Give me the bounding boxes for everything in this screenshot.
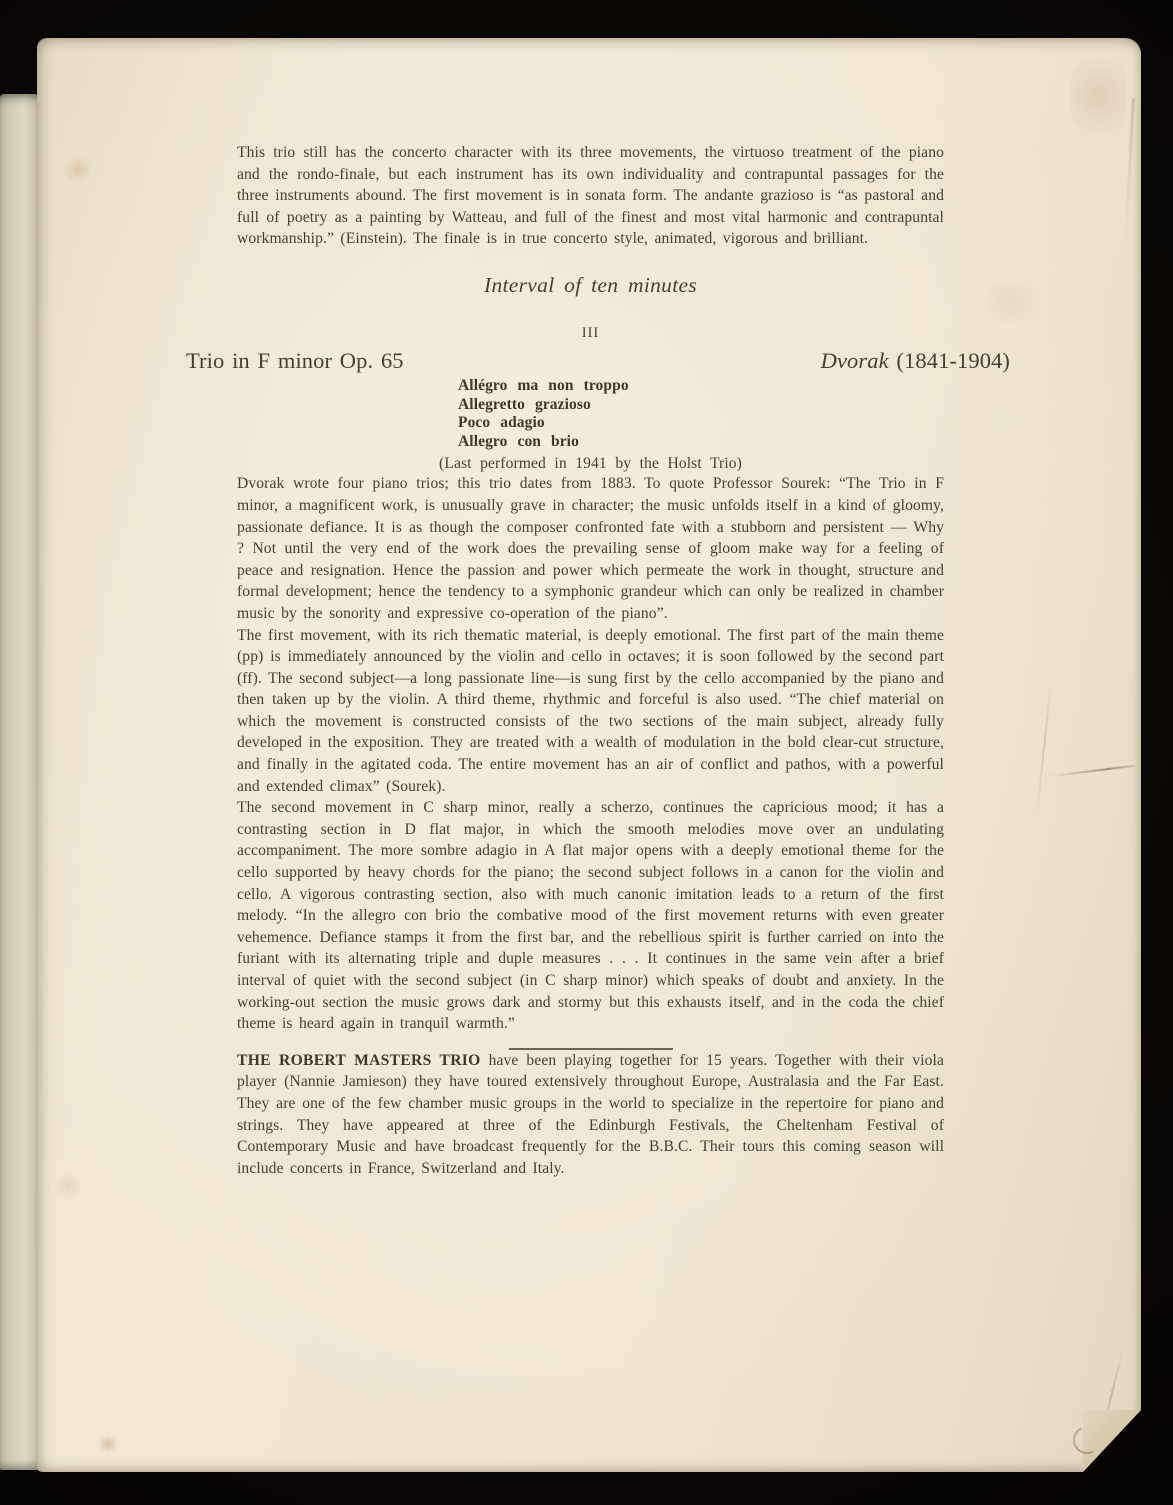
work-title: Trio in F minor Op. 65: [186, 348, 404, 374]
ensemble-paragraph: THE ROBERT MASTERS TRIO have been playin…: [237, 1050, 944, 1180]
movement-item: Poco adagio: [458, 414, 944, 433]
paper-crease: [1036, 678, 1053, 817]
photograph-background: This trio still has the concerto charact…: [0, 0, 1173, 1505]
ensemble-name: THE ROBERT MASTERS TRIO: [237, 1052, 481, 1069]
ensemble-description: have been playing together for 15 years.…: [237, 1052, 944, 1177]
composer-credit: Dvorak (1841-1904): [821, 348, 1010, 374]
printed-text-block: This trio still has the concerto charact…: [237, 142, 944, 1179]
movement-item: Allegretto grazioso: [458, 396, 944, 415]
foxing-stain: [51, 1174, 85, 1198]
paper-crease: [1049, 765, 1135, 777]
underlying-page-edge: [0, 94, 40, 1470]
intro-paragraph: This trio still has the concerto charact…: [237, 142, 944, 250]
programme-note-paragraph: Dvorak wrote four piano trios; this trio…: [237, 473, 944, 624]
composer-name: Dvorak: [821, 348, 889, 373]
corner-stain: [1071, 40, 1127, 150]
movement-list: Allégro ma non troppo Allegretto grazios…: [458, 377, 944, 451]
programme-note-paragraph: The first movement, with its rich themat…: [237, 625, 944, 798]
programme-note-paragraph: The second movement in C sharp minor, re…: [237, 797, 944, 1035]
movement-item: Allegro con brio: [458, 433, 944, 452]
foxing-stain: [97, 1436, 119, 1452]
composer-dates: (1841-1904): [896, 348, 1010, 373]
foxing-stain: [63, 156, 93, 184]
last-performed-note: (Last performed in 1941 by the Holst Tri…: [237, 454, 944, 473]
programme-page: This trio still has the concerto charact…: [37, 38, 1141, 1472]
foxing-stain: [975, 282, 1045, 322]
work-headline: Trio in F minor Op. 65 Dvorak (1841-1904…: [186, 348, 1010, 374]
section-numeral: III: [237, 325, 944, 341]
paper-crease: [1124, 98, 1135, 248]
movement-item: Allégro ma non troppo: [458, 377, 944, 396]
interval-heading: Interval of ten minutes: [237, 273, 944, 297]
